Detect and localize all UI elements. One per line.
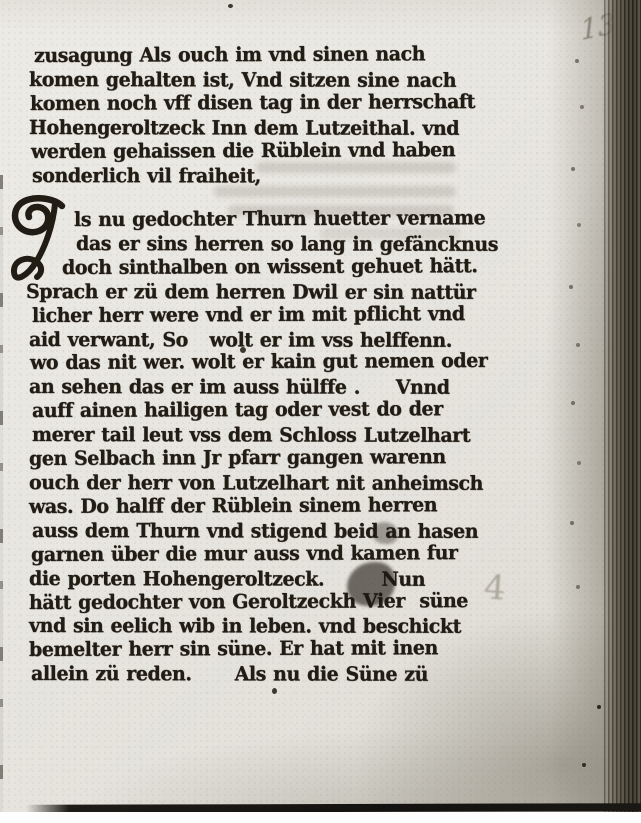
manuscript-line: ouch der herr von Lutzelhart nit anheims… (29, 471, 525, 496)
manuscript-line: Sprach er zü dem herren Dwil er sin natt… (26, 280, 525, 305)
manuscript-line: die porten Hohengeroltzeck. Nun (29, 567, 525, 592)
ink-speck (240, 347, 246, 353)
left-photo-edge (0, 175, 3, 812)
margin-mark: 4 (483, 567, 507, 608)
manuscript-line: bemelter herr sin süne. Er hat mit inen (29, 636, 525, 662)
manuscript-line: licher herr were vnd er im mit pflicht v… (32, 301, 525, 327)
manuscript-line: Hohengeroltzeck Inn dem Lutzeithal. vnd (29, 116, 525, 141)
manuscript-line: werden gehaissen die Rüblein vnd haben (31, 137, 525, 163)
paragraph-1: zusagung Als ouch im vnd sinen nach kome… (0, 44, 540, 187)
manuscript-line: auss dem Thurn vnd stigend beid an hasen (32, 519, 525, 544)
manuscript-line: allein zü reden. Als nu die Süne zü (31, 662, 525, 687)
ink-speck (272, 688, 277, 694)
manuscript-line: garnen über die mur auss vnd kamen fur (31, 540, 525, 566)
book-page-edges (604, 0, 641, 812)
manuscript-line: wo das nit wer. wolt er kain gut nemen o… (30, 349, 525, 375)
manuscript-line: hätt gedochter von Geroltzeckh Vier süne (29, 588, 525, 614)
manuscript-line: was. Do halff der Rüblein sinem herren (29, 493, 525, 519)
manuscript-line: auff ainen hailigen tag oder vest do der (32, 397, 525, 423)
manuscript-line: komen noch vff disen tag in der herrscha… (30, 90, 525, 116)
manuscript-line: zusagung Als ouch im vnd sinen nach (34, 42, 525, 68)
edge-specks (0, 0, 2, 2)
paragraph-2: ls nu gedochter Thurn huetter vername da… (0, 208, 540, 686)
white-mount-strip (0, 812, 641, 823)
gutter-shadow (548, 0, 604, 812)
manuscript-photograph: zusagung Als ouch im vnd sinen nach kome… (0, 0, 641, 823)
manuscript-line: sonderlich vil fraiheit, (32, 164, 525, 189)
ink-speck (228, 4, 233, 8)
manuscript-line: das er sins herren so lang in gefäncknus (76, 232, 526, 257)
manuscript-line: doch sinthalben on wissent gehuet hätt. (62, 254, 526, 280)
manuscript-line: gen Selbach inn Jr pfarr gangen warenn (29, 445, 525, 471)
ink-blot (372, 522, 398, 544)
ink-speck (88, 311, 92, 315)
manuscript-line: komen gehalten ist, Vnd sitzen sine nach (29, 68, 525, 93)
manuscript-line: ls nu gedochter Thurn huetter vername (74, 206, 526, 232)
